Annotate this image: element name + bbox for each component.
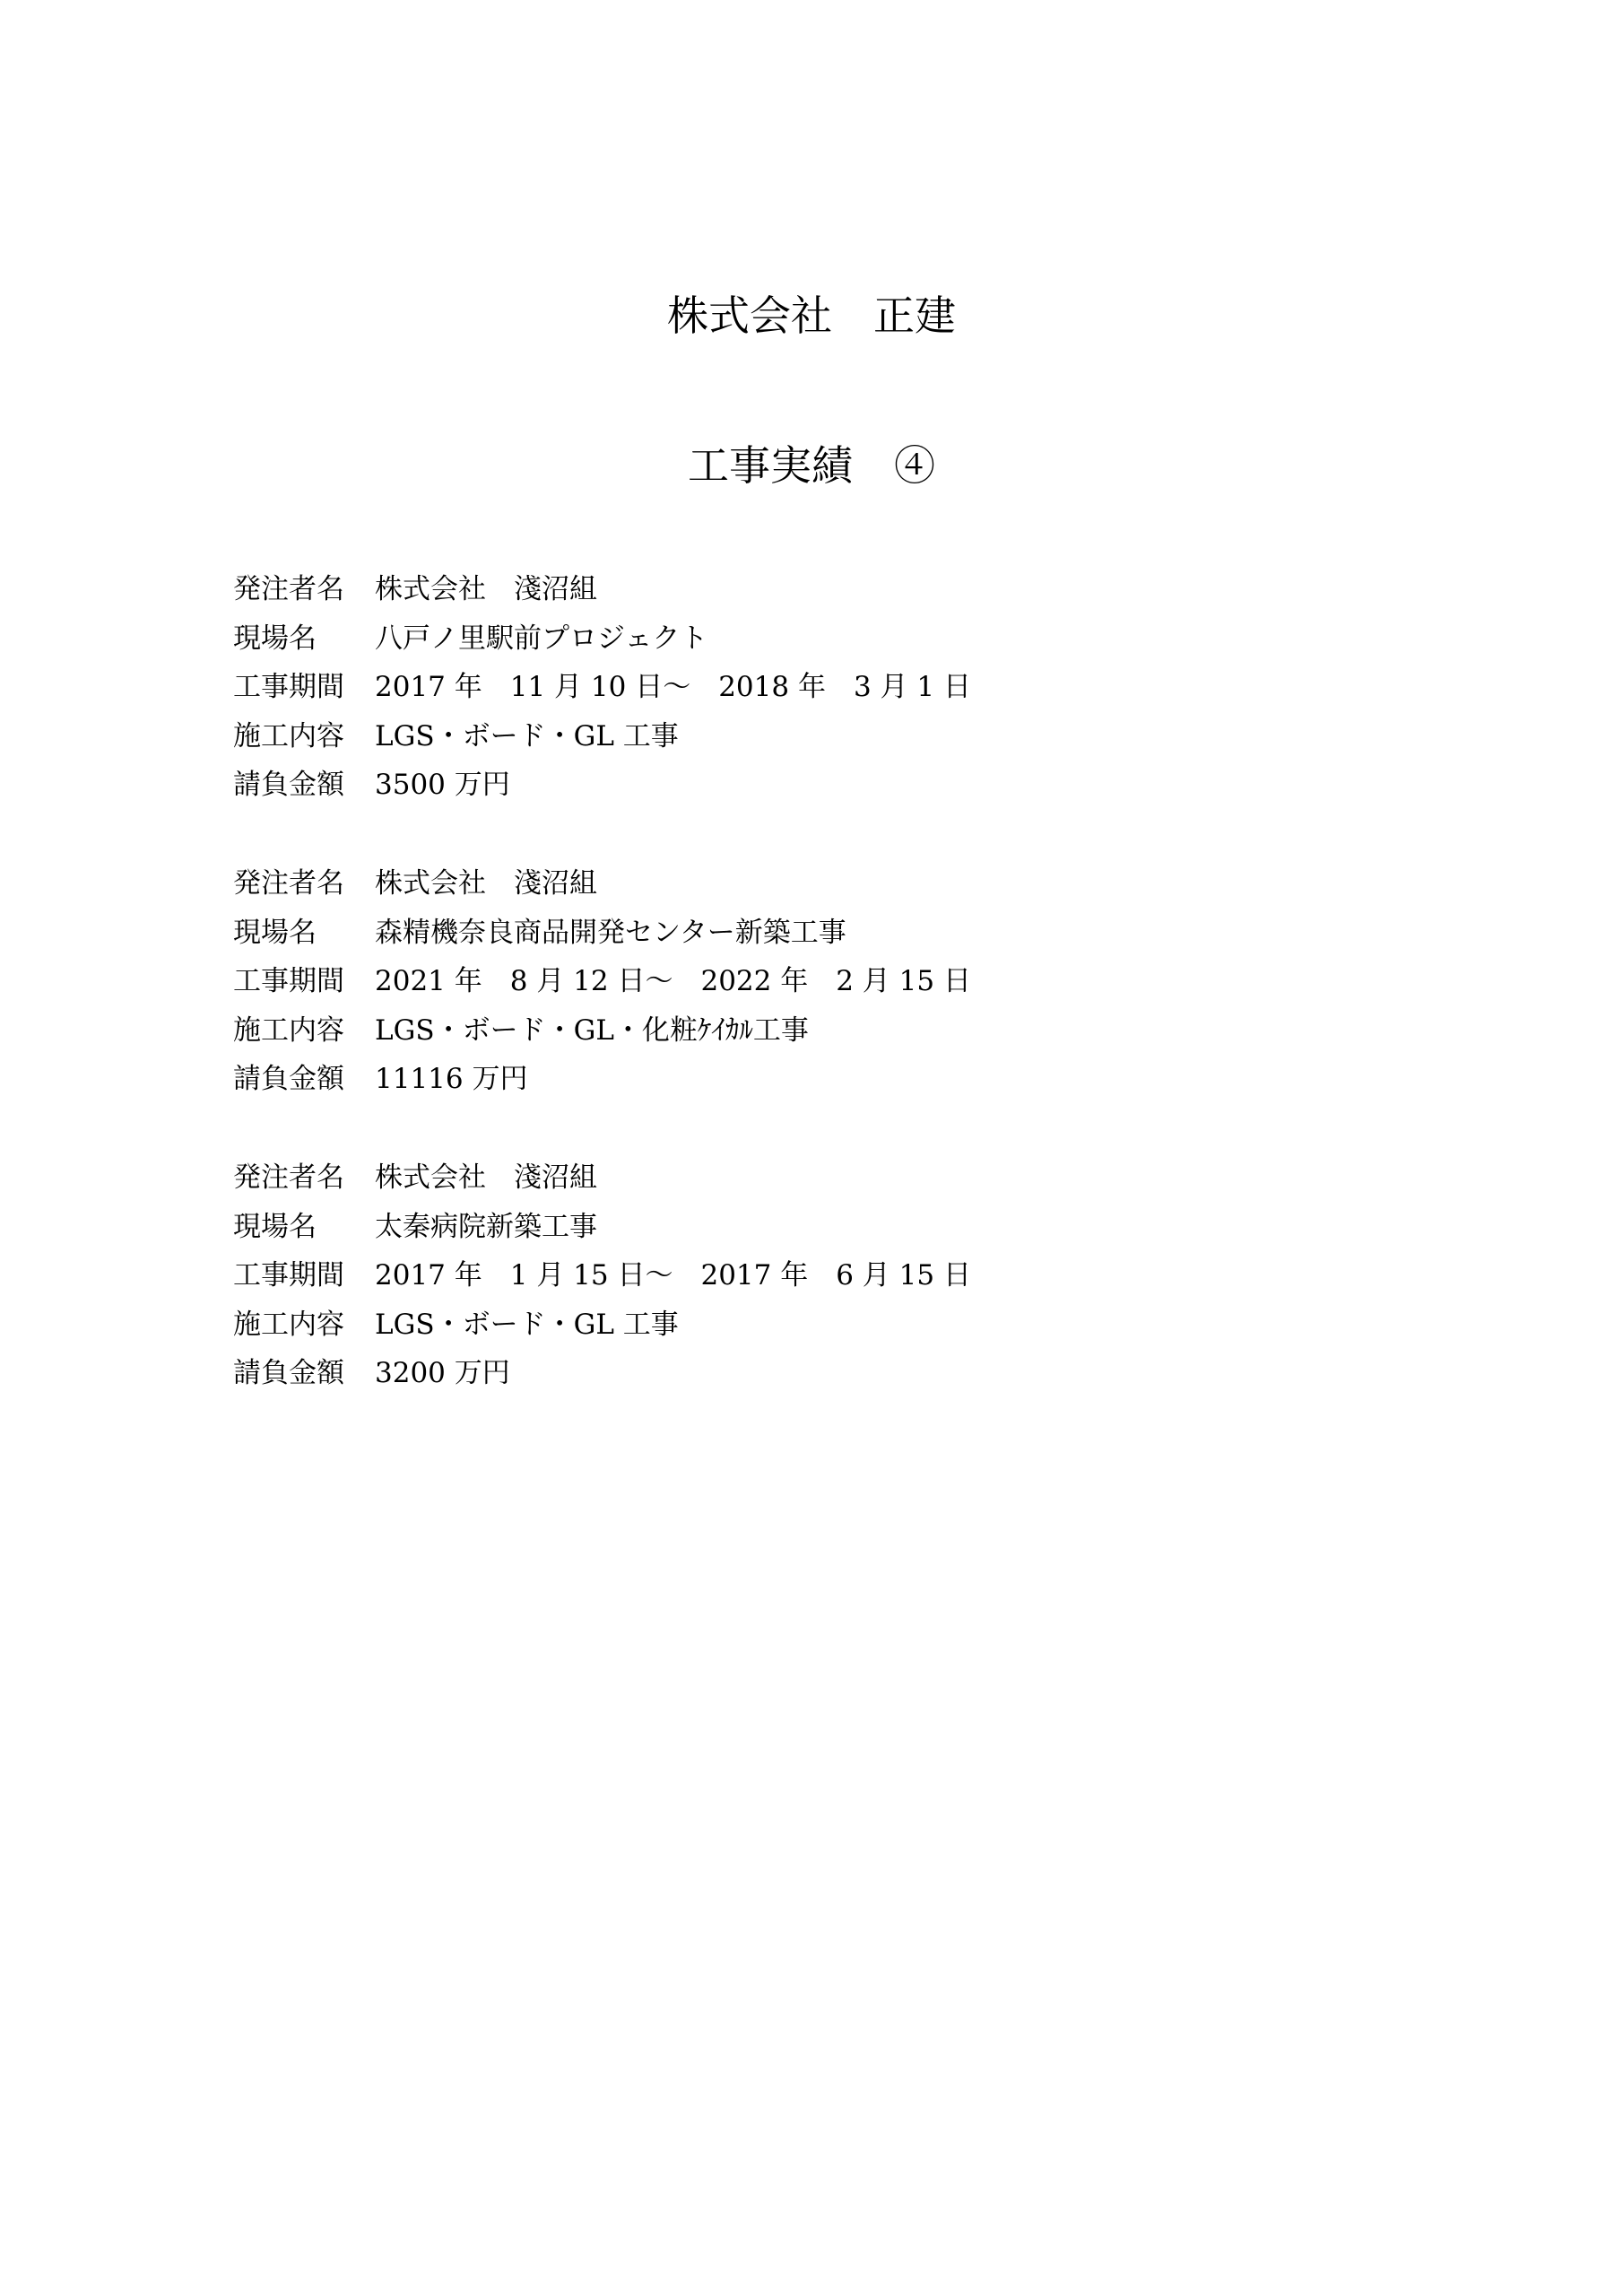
company-title: 株式会社 正建 (0, 289, 1623, 343)
work-label: 施工内容 (233, 1300, 375, 1350)
work-value: LGS・ボード・GL・化粧ｹｲｶﾙ工事 (375, 1006, 809, 1056)
client-label: 発注者名 (233, 565, 375, 614)
client-value: 株式会社 淺沼組 (375, 1153, 597, 1203)
period-label: 工事期間 (233, 1251, 375, 1300)
work-row: 施工内容 LGS・ボード・GL 工事 (233, 1300, 1399, 1350)
work-value: LGS・ボード・GL 工事 (375, 712, 679, 761)
period-value: 2017 年 1 月 15 日～ 2017 年 6 月 15 日 (375, 1251, 971, 1300)
period-value: 2021 年 8 月 12 日～ 2022 年 2 月 15 日 (375, 957, 971, 1006)
site-value: 森精機奈良商品開発センター新築工事 (375, 909, 846, 958)
period-label: 工事期間 (233, 663, 375, 712)
amount-row: 請負金額 11116 万円 (233, 1055, 1399, 1104)
client-label: 発注者名 (233, 1153, 375, 1203)
client-value: 株式会社 淺沼組 (375, 565, 597, 614)
project-record: 発注者名 株式会社 淺沼組 現場名 森精機奈良商品開発センター新築工事 工事期間… (233, 859, 1399, 1104)
site-value: 八戸ノ里駅前プロジェクト (375, 614, 707, 664)
period-row: 工事期間 2017 年 1 月 15 日～ 2017 年 6 月 15 日 (233, 1251, 1399, 1300)
amount-value: 3500 万円 (375, 761, 510, 810)
amount-row: 請負金額 3200 万円 (233, 1349, 1399, 1398)
period-label: 工事期間 (233, 957, 375, 1006)
period-row: 工事期間 2021 年 8 月 12 日～ 2022 年 2 月 15 日 (233, 957, 1399, 1006)
site-label: 現場名 (233, 614, 375, 664)
work-row: 施工内容 LGS・ボード・GL・化粧ｹｲｶﾙ工事 (233, 1006, 1399, 1056)
site-label: 現場名 (233, 909, 375, 958)
client-row: 発注者名 株式会社 淺沼組 (233, 565, 1399, 614)
site-row: 現場名 森精機奈良商品開発センター新築工事 (233, 909, 1399, 958)
client-label: 発注者名 (233, 859, 375, 909)
site-label: 現場名 (233, 1203, 375, 1252)
amount-label: 請負金額 (233, 761, 375, 810)
work-label: 施工内容 (233, 712, 375, 761)
project-record: 発注者名 株式会社 淺沼組 現場名 太秦病院新築工事 工事期間 2017 年 1… (233, 1153, 1399, 1398)
work-value: LGS・ボード・GL 工事 (375, 1300, 679, 1350)
work-label: 施工内容 (233, 1006, 375, 1056)
client-row: 発注者名 株式会社 淺沼組 (233, 1153, 1399, 1203)
amount-label: 請負金額 (233, 1055, 375, 1104)
client-row: 発注者名 株式会社 淺沼組 (233, 859, 1399, 909)
site-row: 現場名 八戸ノ里駅前プロジェクト (233, 614, 1399, 664)
period-row: 工事期間 2017 年 11 月 10 日～ 2018 年 3 月 1 日 (233, 663, 1399, 712)
site-row: 現場名 太秦病院新築工事 (233, 1203, 1399, 1252)
amount-value: 11116 万円 (375, 1055, 527, 1104)
period-value: 2017 年 11 月 10 日～ 2018 年 3 月 1 日 (375, 663, 971, 712)
site-value: 太秦病院新築工事 (375, 1203, 597, 1252)
amount-row: 請負金額 3500 万円 (233, 761, 1399, 810)
document-subtitle: 工事実績 ④ (0, 439, 1623, 492)
client-value: 株式会社 淺沼組 (375, 859, 597, 909)
amount-label: 請負金額 (233, 1349, 375, 1398)
project-record: 発注者名 株式会社 淺沼組 現場名 八戸ノ里駅前プロジェクト 工事期間 2017… (233, 565, 1399, 810)
work-row: 施工内容 LGS・ボード・GL 工事 (233, 712, 1399, 761)
amount-value: 3200 万円 (375, 1349, 510, 1398)
